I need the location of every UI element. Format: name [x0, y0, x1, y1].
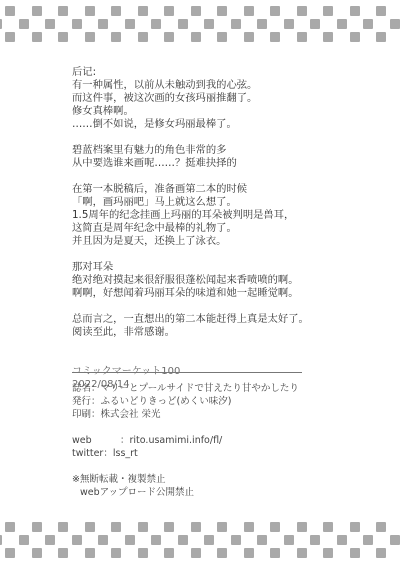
- pattern-square: [32, 32, 42, 42]
- text-line: 在第一本脱稿后，准备画第二本的时候: [72, 183, 332, 196]
- pattern-square: [231, 535, 241, 545]
- value: マリーとプールサイドで甘えたり甘やかしたり: [101, 383, 299, 394]
- notice: webアップロード公開禁止: [72, 486, 332, 499]
- pattern-square: [297, 32, 307, 42]
- pattern-square: [151, 535, 161, 545]
- pattern-square: [32, 522, 42, 532]
- text-line: 并且因为是夏天，还换上了泳衣。: [72, 235, 332, 248]
- pattern-square: [376, 32, 386, 42]
- divider: [72, 372, 302, 373]
- pattern-square: [323, 548, 333, 558]
- pattern-square: [350, 548, 360, 558]
- pattern-square: [164, 32, 174, 42]
- pattern-square: [270, 32, 280, 42]
- text-line: 从中要选谁来画呢……？挺难抉择的: [72, 157, 332, 170]
- text-line: 而这件事，被这次画的女孩玛丽推翻了。: [72, 92, 332, 105]
- pattern-square: [284, 19, 294, 29]
- pattern-square: [390, 19, 400, 29]
- pattern-square: [217, 6, 227, 16]
- pattern-square: [204, 535, 214, 545]
- pattern-square: [58, 6, 68, 16]
- value: 株式会社 栄光: [101, 409, 161, 420]
- text-line: 阅读至此，非常感谢。: [72, 326, 332, 339]
- pattern-square: [125, 535, 135, 545]
- pattern-square: [297, 522, 307, 532]
- pattern-square: [111, 548, 121, 558]
- pattern-square: [323, 6, 333, 16]
- pattern-square: [217, 32, 227, 42]
- pattern-square: [257, 535, 267, 545]
- colophon-web: web：rito.usamimi.info/fl/: [72, 434, 332, 447]
- pattern-square: [191, 32, 201, 42]
- pattern-square: [85, 6, 95, 16]
- pattern-square: [32, 548, 42, 558]
- pattern-square: [191, 6, 201, 16]
- text-line: ……倒不如说，是修女玛丽最棒了。: [72, 118, 332, 131]
- text-line: 「啊，画玛丽吧」马上就这么想了。: [72, 196, 332, 209]
- pattern-square: [58, 32, 68, 42]
- pattern-square: [111, 32, 121, 42]
- pattern-square: [138, 522, 148, 532]
- pattern-square: [244, 32, 254, 42]
- pattern-square: [19, 535, 29, 545]
- pattern-square: [111, 522, 121, 532]
- pattern-square: [164, 6, 174, 16]
- label: web: [72, 434, 120, 447]
- value: ふるいどりきっど(めくい味汐): [101, 396, 232, 407]
- pattern-square: [244, 522, 254, 532]
- pattern-square: [244, 548, 254, 558]
- text-line: 碧蓝档案里有魅力的角色非常的多: [72, 144, 332, 157]
- pattern-square: [376, 548, 386, 558]
- pattern-square: [125, 19, 135, 29]
- text-line: 修女真棒啊。: [72, 105, 332, 118]
- twitter-handle[interactable]: lss_rt: [113, 448, 138, 459]
- pattern-square: [244, 6, 254, 16]
- pattern-square: [19, 19, 29, 29]
- pattern-square: [204, 19, 214, 29]
- label: 印刷: [72, 409, 91, 420]
- pattern-square: [363, 19, 373, 29]
- notice: ※無断転載・複製禁止: [72, 473, 332, 486]
- pattern-square: [376, 6, 386, 16]
- pattern-square: [85, 548, 95, 558]
- pattern-square: [138, 548, 148, 558]
- pattern-square: [178, 535, 188, 545]
- pattern-square: [5, 548, 15, 558]
- pattern-square: [5, 522, 15, 532]
- checkered-border-top: [0, 4, 400, 49]
- pattern-square: [138, 6, 148, 16]
- pattern-square: [111, 6, 121, 16]
- pattern-square: [310, 535, 320, 545]
- afterword-heading: 后记:: [72, 66, 332, 79]
- text-line: 那对耳朵: [72, 261, 332, 274]
- pattern-square: [164, 548, 174, 558]
- text-line: 总而言之，一直想出的第二本能赶得上真是太好了。: [72, 313, 332, 326]
- pattern-square: [72, 19, 82, 29]
- colophon: 誌名：マリーとプールサイドで甘えたり甘やかしたり 発行：ふるいどりきっど(めくい…: [72, 382, 332, 499]
- pattern-square: [297, 548, 307, 558]
- colophon-publisher: 発行：ふるいどりきっど(めくい味汐): [72, 395, 332, 408]
- pattern-square: [191, 522, 201, 532]
- pattern-square: [5, 6, 15, 16]
- pattern-square: [151, 19, 161, 29]
- pattern-square: [337, 535, 347, 545]
- label: twitter: [72, 448, 103, 459]
- pattern-square: [0, 19, 2, 29]
- pattern-square: [98, 535, 108, 545]
- pattern-square: [191, 548, 201, 558]
- pattern-square: [85, 32, 95, 42]
- pattern-square: [323, 522, 333, 532]
- checkered-border-bottom: [0, 520, 400, 565]
- pattern-square: [350, 522, 360, 532]
- pattern-square: [270, 548, 280, 558]
- pattern-square: [363, 535, 373, 545]
- pattern-square: [85, 522, 95, 532]
- pattern-square: [138, 32, 148, 42]
- pattern-square: [0, 535, 2, 545]
- pattern-square: [164, 522, 174, 532]
- pattern-square: [257, 19, 267, 29]
- pattern-square: [217, 548, 227, 558]
- text-line: 啊啊，好想闻着玛丽耳朵的味道和她一起睡觉啊。: [72, 287, 332, 300]
- pattern-square: [390, 535, 400, 545]
- text-line: 有一种属性，以前从未触动到我的心弦。: [72, 79, 332, 92]
- pattern-square: [297, 6, 307, 16]
- pattern-square: [231, 19, 241, 29]
- text-line: 绝对绝对摸起来很舒服很蓬松闻起来香喷喷的啊。: [72, 274, 332, 287]
- colophon-twitter: twitter：lss_rt: [72, 447, 332, 460]
- pattern-square: [350, 6, 360, 16]
- web-link[interactable]: rito.usamimi.info/fl/: [130, 435, 223, 446]
- pattern-square: [45, 535, 55, 545]
- label: 誌名: [72, 383, 91, 394]
- pattern-square: [72, 535, 82, 545]
- label: 発行: [72, 396, 91, 407]
- colophon-printer: 印刷：株式会社 栄光: [72, 408, 332, 421]
- pattern-square: [350, 32, 360, 42]
- pattern-square: [45, 19, 55, 29]
- colophon-title: 誌名：マリーとプールサイドで甘えたり甘やかしたり: [72, 382, 332, 395]
- text-line: 这简直是周年纪念中最棒的礼物了。: [72, 222, 332, 235]
- pattern-square: [58, 522, 68, 532]
- pattern-square: [284, 535, 294, 545]
- pattern-square: [217, 522, 227, 532]
- pattern-square: [323, 32, 333, 42]
- text-line: 1.5周年的纪念挂画上玛丽的耳朵被判明是兽耳，: [72, 209, 332, 222]
- pattern-square: [270, 6, 280, 16]
- pattern-square: [178, 19, 188, 29]
- pattern-square: [58, 548, 68, 558]
- pattern-square: [310, 19, 320, 29]
- pattern-square: [337, 19, 347, 29]
- pattern-square: [270, 522, 280, 532]
- afterword: 后记: 有一种属性，以前从未触动到我的心弦。 而这件事，被这次画的女孩玛丽推翻了…: [72, 66, 332, 391]
- pattern-square: [32, 6, 42, 16]
- pattern-square: [98, 19, 108, 29]
- pattern-square: [5, 32, 15, 42]
- pattern-square: [376, 522, 386, 532]
